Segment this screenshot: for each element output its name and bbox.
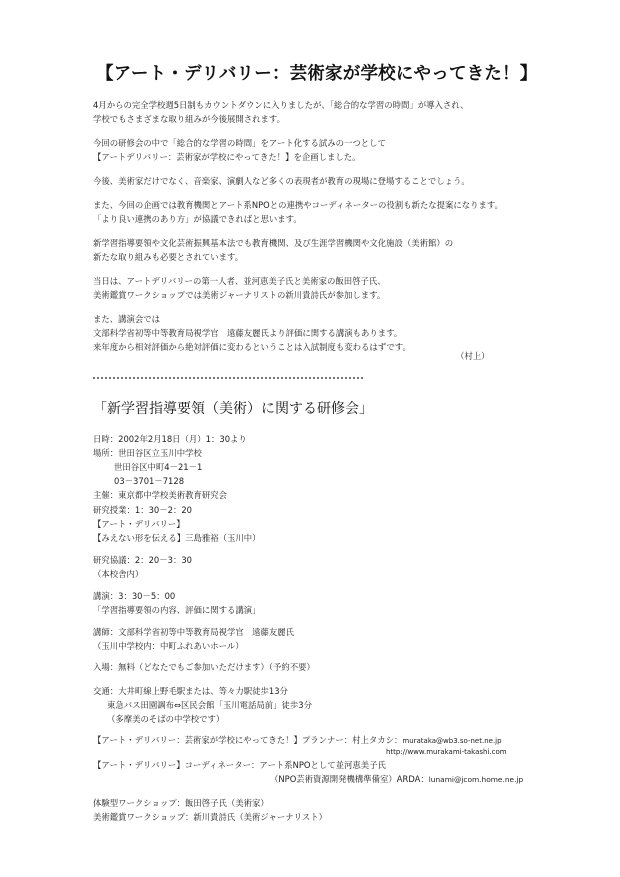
text-line: 文部科学省初等中等教育局視学官 遠藤友麗氏より評価に関する講演もあります。 <box>93 326 411 340</box>
lecturer-block: 講師：文部科学省初等中等教育局視学官 遠藤友麗氏 （玉川中学校内：中町ふれあいホ… <box>93 625 294 653</box>
text-line: 「より良い連携のあり方」が協議できればと思います。 <box>93 212 503 226</box>
event-host: 主催：東京都中学校美術教育研究会 <box>93 488 247 502</box>
text-line: 美術鑑賞ワークショップでは美術ジャーナリストの新川貴詩氏が参加します。 <box>93 288 386 302</box>
lecture-title: 「学習指導要領の内容、評価に関する講演」 <box>93 603 261 617</box>
text-line: 学校でもさまざまな取り組みが今後展開されます。 <box>93 112 468 126</box>
planner-credit: 【アート・デリバリー：芸術家が学校にやってきた！】プランナー：村上タカシ：mur… <box>93 733 502 748</box>
coordinator-org-line: （NPO芸術資源開発機構準備室）ARDA：lunami@jcom.home.ne… <box>270 772 523 787</box>
coordinator-email-link[interactable]: lunami@jcom.home.ne.jp <box>429 775 523 784</box>
text-line: また、講演会では <box>93 312 411 326</box>
planner-email-link[interactable]: murataka@wb3.so-net.ne.jp <box>402 737 501 745</box>
intro-paragraph-7: また、講演会では 文部科学省初等中等教育局視学官 遠藤友麗氏より評価に関する講演… <box>93 312 411 354</box>
workshop-appreciation: 美術鑑賞ワークショップ：新川貴詩氏（美術ジャーナリスト） <box>93 810 327 824</box>
event-phone: 03－3701－7128 <box>93 474 247 488</box>
admission-block: 入場：無料（どなたでもご参加いただけます）（予約不要） <box>93 660 315 674</box>
workshop-block: 体験型ワークショップ：飯田啓子氏（美術家） 美術鑑賞ワークショップ：新川貴詩氏（… <box>93 796 327 824</box>
intro-paragraph-3: 今後、美術家だけでなく、音楽家、演劇人など多くの表現者が教育の現場に登場すること… <box>93 174 470 188</box>
discussion-time: 研究協議：2：20－3：30 <box>93 553 192 567</box>
text-line: 新たな取り組みも必要とされています。 <box>93 250 453 264</box>
signature: （村上） <box>456 350 490 362</box>
event-venue: 場所：世田谷区立玉川中学校 <box>93 446 247 460</box>
intro-paragraph-6: 当日は、アートデリバリーの第一人者、並河恵美子氏と美術家の飯田啓子氏、 美術鑑賞… <box>93 274 386 302</box>
coordinator-org: （NPO芸術資源開発機構準備室）ARDA： <box>270 774 429 784</box>
workshop-experience: 体験型ワークショップ：飯田啓子氏（美術家） <box>93 796 327 810</box>
coordinator-credit: 【アート・デリバリー】コーディネーター：アート系NPOとして並河恵美子氏 <box>93 758 386 772</box>
lecturer: 講師：文部科学省初等中等教育局視学官 遠藤友麗氏 <box>93 625 294 639</box>
access-line: 交通：大井町線上野毛駅または、等々力駅徒歩13分 <box>93 684 312 698</box>
main-title: 【アート・デリバリー：芸術家が学校にやってきた！】 <box>96 60 536 85</box>
lecture-block: 講演：3：30－5：00 「学習指導要領の内容、評価に関する講演」 <box>93 589 261 617</box>
lecture-time: 講演：3：30－5：00 <box>93 589 261 603</box>
text-line: 新学習指導要領や文化芸術振興基本法でも教育機関、及び生涯学習機関や文化施設（美術… <box>93 236 453 250</box>
section-title: 「新学習指導要領（美術）に関する研修会」 <box>93 398 373 418</box>
intro-paragraph-1: 4月からの完全学校週5日制もカウントダウンに入りましたが、「総合的な学習の時間」… <box>93 98 468 126</box>
text-line: 来年度から相対評価から絶対評価に変わるということは入試制度も変わるはずです。 <box>93 340 411 354</box>
text-line: 当日は、アートデリバリーの第一人者、並河恵美子氏と美術家の飯田啓子氏、 <box>93 274 386 288</box>
coordinator-label: 【アート・デリバリー】コーディネーター：アート系NPOとして並河恵美子氏 <box>93 758 386 772</box>
event-info-block: 日時：2002年2月18日（月）1：30より 場所：世田谷区立玉川中学校 世田谷… <box>93 432 247 502</box>
research-class-block: 研究授業：1：30－2：20 【アート・デリバリー】 【みえない形を伝える】三島… <box>93 503 261 545</box>
text-line: 4月からの完全学校週5日制もカウントダウンに入りましたが、「総合的な学習の時間」… <box>93 98 468 112</box>
text-line: 今回の研修会の中で「総合的な学習の時間」をアート化する試みの一つとして <box>93 136 386 150</box>
research-class-time: 研究授業：1：30－2：20 <box>93 503 261 517</box>
art-delivery-label: 【アート・デリバリー】 <box>93 517 261 531</box>
event-date: 日時：2002年2月18日（月）1：30より <box>93 432 247 446</box>
access-line: 東急バス田園調布⇔区民会館「玉川電話局前」徒歩3分 <box>93 698 312 712</box>
access-block: 交通：大井町線上野毛駅または、等々力駅徒歩13分 東急バス田園調布⇔区民会館「玉… <box>93 684 312 726</box>
text-line: 【アートデリバリー：芸術家が学校にやってきた！】を企画しました。 <box>93 150 386 164</box>
access-line: （多摩美のそばの中学校です） <box>93 712 312 726</box>
intro-paragraph-2: 今回の研修会の中で「総合的な学習の時間」をアート化する試みの一つとして 【アート… <box>93 136 386 164</box>
document-page: 【アート・デリバリー：芸術家が学校にやってきた！】 4月からの完全学校週5日制も… <box>0 0 620 877</box>
discussion-place: （本校舎内） <box>93 567 192 581</box>
planner-label: 【アート・デリバリー：芸術家が学校にやってきた！】プランナー：村上タカシ： <box>93 735 402 745</box>
event-address: 世田谷区中町4－21－1 <box>93 460 247 474</box>
planner-url-link[interactable]: http://www.murakami-takashi.com <box>386 748 507 756</box>
lecture-place: （玉川中学校内：中町ふれあいホール） <box>93 639 294 653</box>
text-line: 今後、美術家だけでなく、音楽家、演劇人など多くの表現者が教育の現場に登場すること… <box>93 174 470 188</box>
text-line: また、今回の企画では教育機関とアート系NPOとの連携やコーディネーターの役割も新… <box>93 198 503 212</box>
class-title: 【みえない形を伝える】三島雅裕（玉川中） <box>93 531 261 545</box>
discussion-block: 研究協議：2：20－3：30 （本校舎内） <box>93 553 192 581</box>
admission: 入場：無料（どなたでもご参加いただけます）（予約不要） <box>93 660 315 674</box>
intro-paragraph-4: また、今回の企画では教育機関とアート系NPOとの連携やコーディネーターの役割も新… <box>93 198 503 226</box>
dotted-divider <box>92 377 364 379</box>
intro-paragraph-5: 新学習指導要領や文化芸術振興基本法でも教育機関、及び生涯学習機関や文化施設（美術… <box>93 236 453 264</box>
